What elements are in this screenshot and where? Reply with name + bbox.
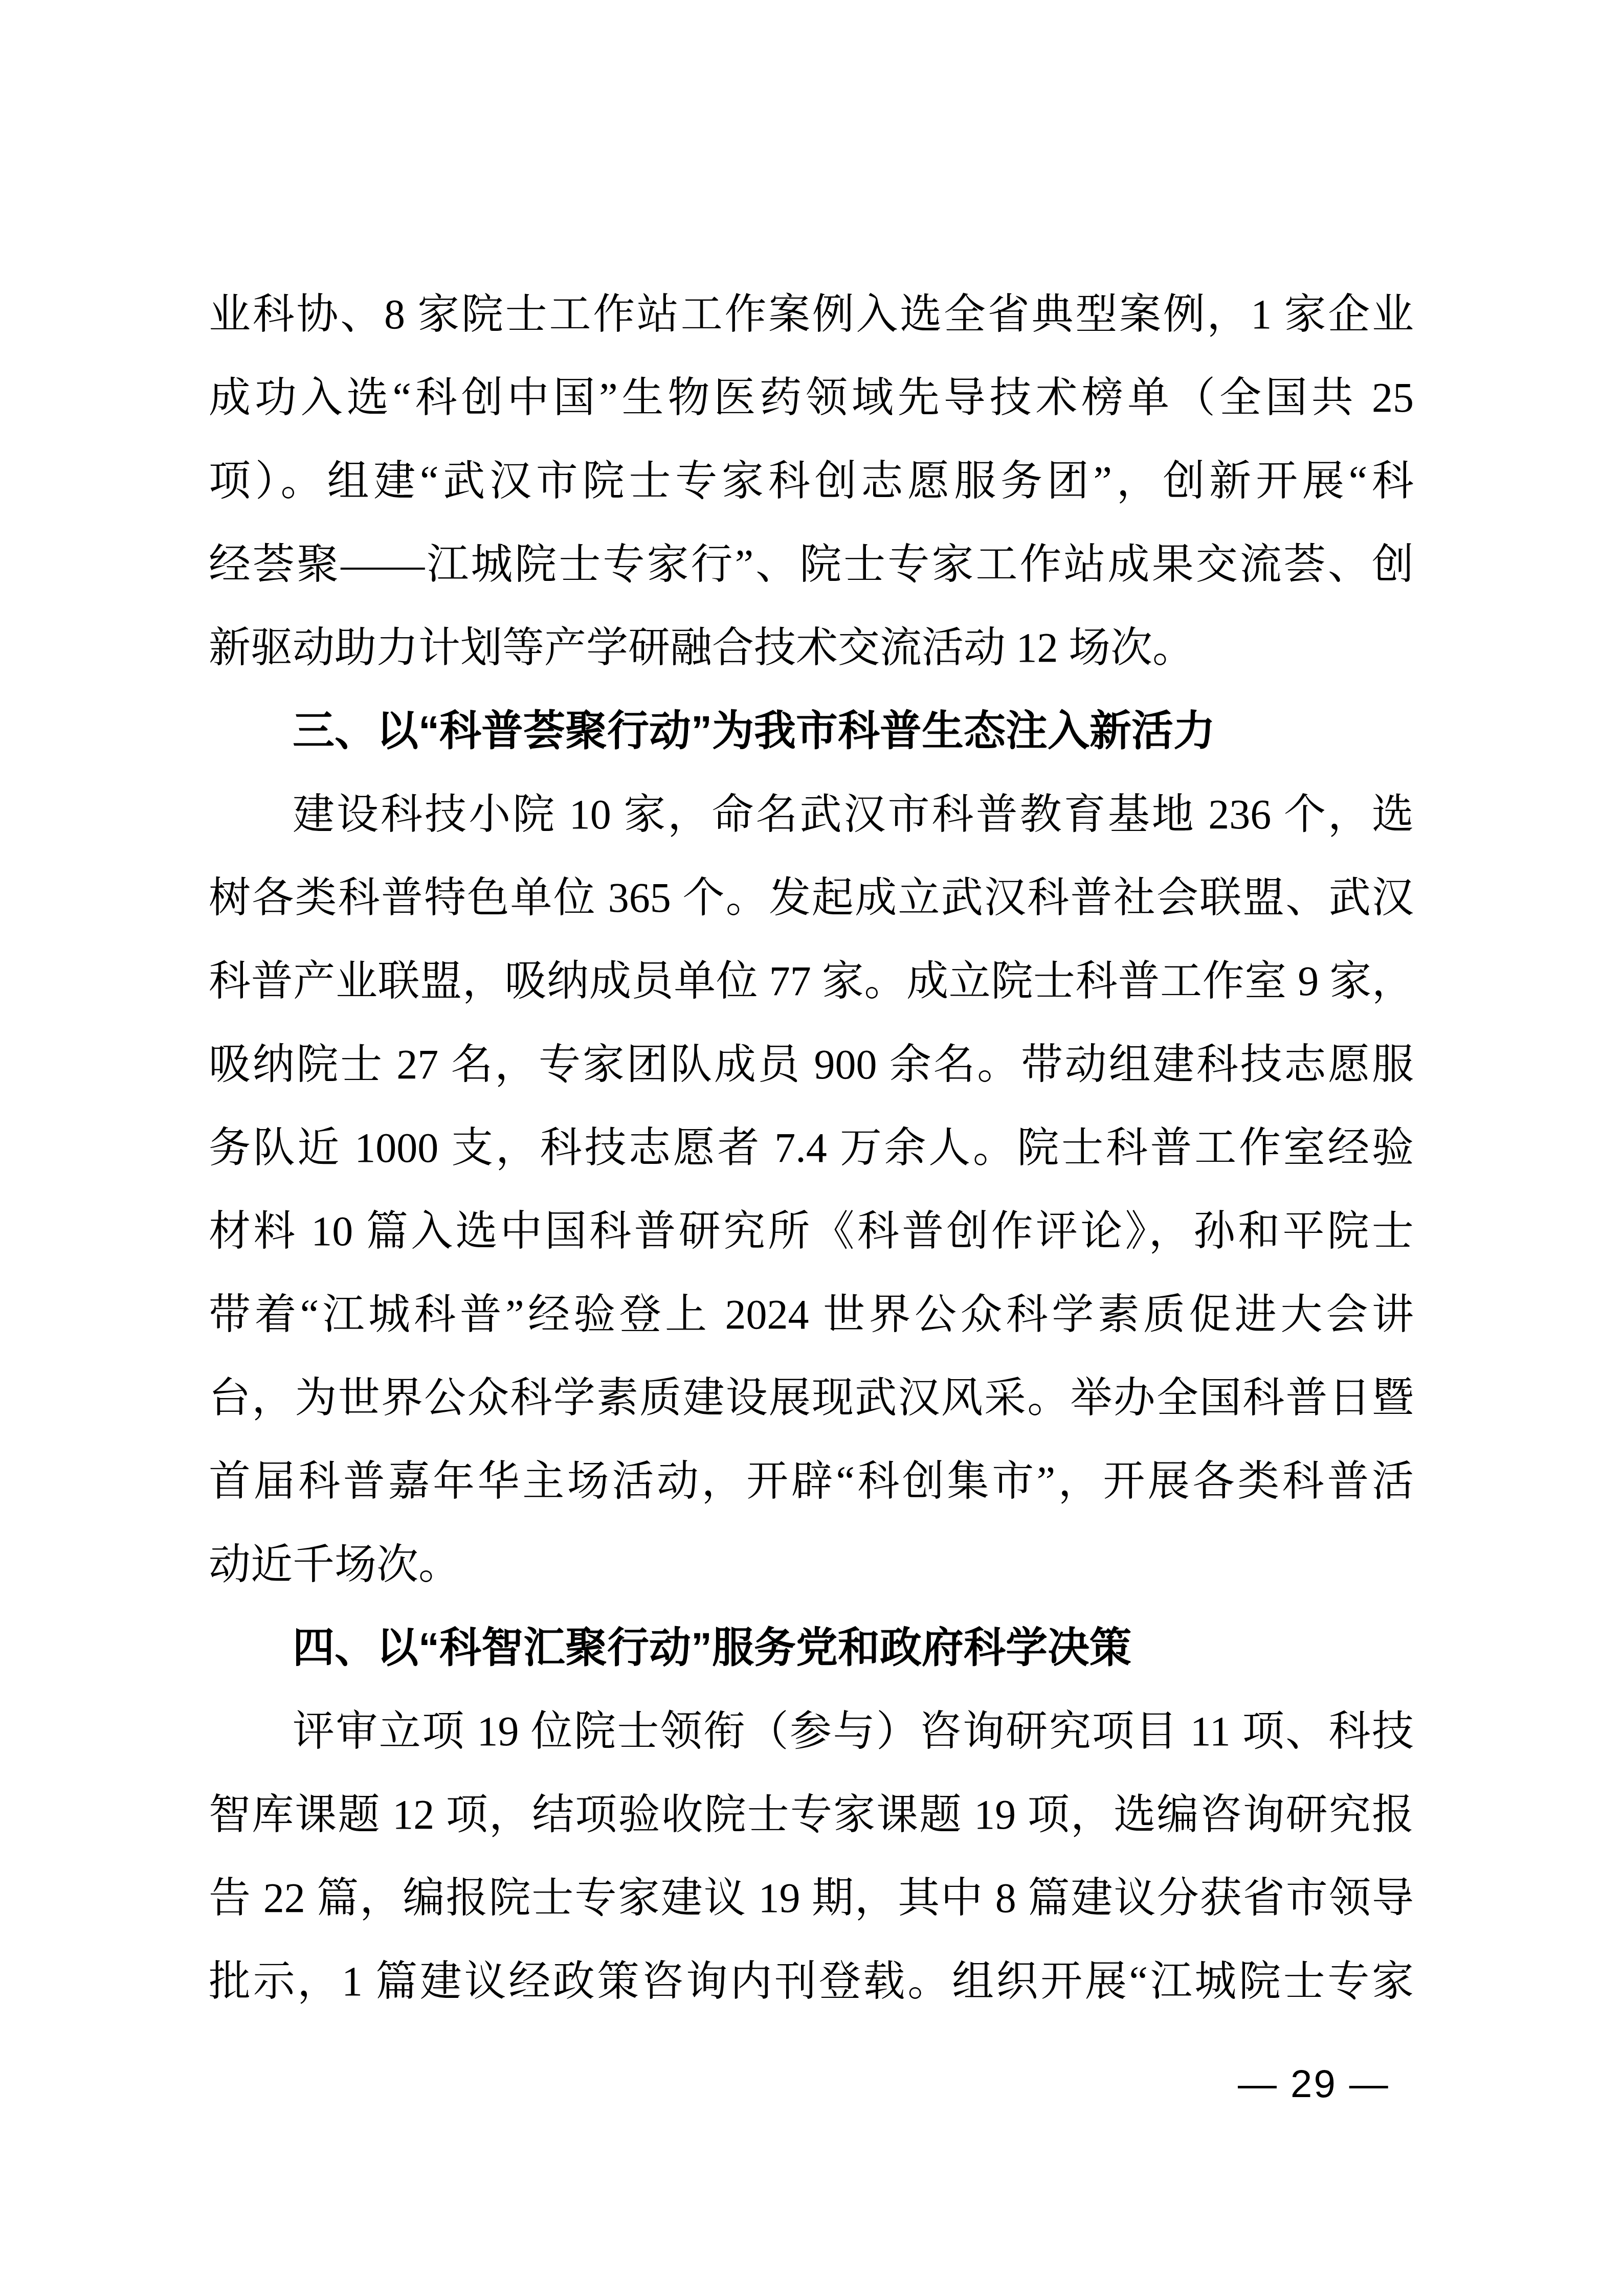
paragraph-line: 首届科普嘉年华主场活动，开辟“科创集市”，开展各类科普活 [209,1439,1414,1523]
paragraph-line: 台，为世界公众科学素质建设展现武汉风采。举办全国科普日暨 [209,1356,1414,1439]
section-heading: 四、以“科智汇聚行动”服务党和政府科学决策 [209,1606,1414,1690]
paragraph-line: 批示，1 篇建议经政策咨询内刊登载。组织开展“江城院士专家 [209,1940,1414,2023]
paragraph-line: 经荟聚——江城院士专家行”、院士专家工作站成果交流荟、创 [209,523,1414,606]
document-body: 业科协、8 家院士工作站工作案例入选全省典型案例，1 家企业 成功入选“科创中国… [209,273,1414,2023]
paragraph-line: 建设科技小院 10 家，命名武汉市科普教育基地 236 个，选 [209,773,1414,856]
paragraph-line: 科普产业联盟，吸纳成员单位 77 家。成立院士科普工作室 9 家， [209,939,1414,1023]
paragraph-line: 新驱动助力计划等产学研融合技术交流活动 12 场次。 [209,606,1414,689]
paragraph-line: 务队近 1000 支，科技志愿者 7.4 万余人。院士科普工作室经验 [209,1106,1414,1189]
paragraph-line: 告 22 篇，编报院士专家建议 19 期，其中 8 篇建议分获省市领导 [209,1856,1414,1940]
paragraph-line: 成功入选“科创中国”生物医药领域先导技术榜单（全国共 25 [209,356,1414,439]
paragraph-line: 材料 10 篇入选中国科普研究所《科普创作评论》，孙和平院士 [209,1189,1414,1273]
paragraph-line: 吸纳院士 27 名，专家团队成员 900 余名。带动组建科技志愿服 [209,1023,1414,1106]
page-number: — 29 — [1238,2063,1390,2106]
section-heading: 三、以“科普荟聚行动”为我市科普生态注入新活力 [209,689,1414,773]
paragraph-line: 带着“江城科普”经验登上 2024 世界公众科学素质促进大会讲 [209,1273,1414,1356]
paragraph-line: 智库课题 12 项，结项验收院士专家课题 19 项，选编咨询研究报 [209,1773,1414,1856]
paragraph-line: 评审立项 19 位院士领衔（参与）咨询研究项目 11 项、科技 [209,1690,1414,1773]
paragraph-line: 树各类科普特色单位 365 个。发起成立武汉科普社会联盟、武汉 [209,856,1414,939]
paragraph-line: 项）。组建“武汉市院士专家科创志愿服务团”，创新开展“科 [209,439,1414,523]
paragraph-line: 动近千场次。 [209,1523,1414,1606]
document-page: 业科协、8 家院士工作站工作案例入选全省典型案例，1 家企业 成功入选“科创中国… [0,0,1624,2296]
paragraph-line: 业科协、8 家院士工作站工作案例入选全省典型案例，1 家企业 [209,273,1414,356]
